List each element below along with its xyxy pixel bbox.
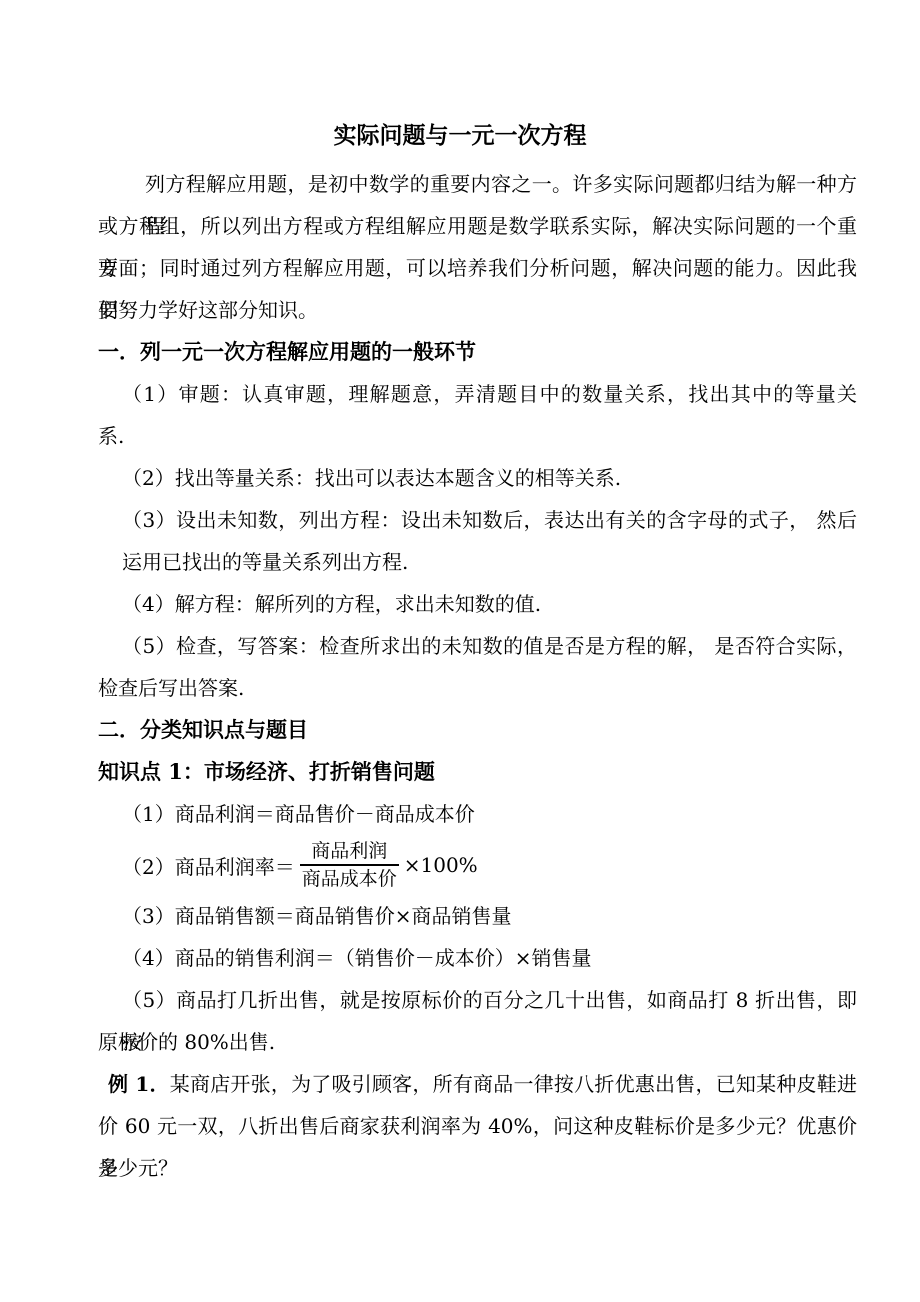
step-line: （1）审题：认真审题，理解题意，弄清题目中的数量关系，找出其中的等量关 bbox=[98, 373, 857, 415]
formula-profit-rate: （2）商品利润率＝ 商品利润 商品成本价 ×100% bbox=[98, 835, 857, 895]
example-1-line: 价 60 元一双，八折出售后商家获利润率为 40%，问这种皮鞋标价是多少元？优惠… bbox=[98, 1105, 857, 1147]
step-line: 运用已找出的等量关系列出方程. bbox=[98, 541, 857, 583]
example-1-line: 例 1．某商店开张，为了吸引顾客，所有商品一律按八折优惠出售，已知某种皮鞋进 bbox=[98, 1063, 857, 1105]
step-line: （2）找出等量关系：找出可以表达本题含义的相等关系. bbox=[98, 457, 857, 499]
discount-note-line: （5）商品打几折出售，就是按原标价的百分之几十出售，如商品打 8 折出售，即按 bbox=[98, 979, 857, 1021]
document-body: 列方程解应用题，是初中数学的重要内容之一。许多实际问题都归结为解一种方程 或方程… bbox=[0, 163, 920, 1189]
fraction-denominator: 商品成本价 bbox=[300, 866, 399, 892]
step-line: （4）解方程：解所列的方程，求出未知数的值. bbox=[98, 583, 857, 625]
section-heading-1: 一．列一元一次方程解应用题的一般环节 bbox=[98, 331, 857, 373]
fraction-numerator: 商品利润 bbox=[300, 838, 399, 866]
example-1-line: 多少元？ bbox=[98, 1147, 857, 1189]
step-line: （5）检查，写答案：检查所求出的未知数的值是否是方程的解， 是否符合实际， bbox=[98, 625, 857, 667]
example-1-label: 例 1． bbox=[108, 1072, 170, 1096]
intro-paragraph-line: 或方程组，所以列出方程或方程组解应用题是数学联系实际，解决实际问题的一个重要 bbox=[98, 205, 857, 247]
formula-sales-profit: （4）商品的销售利润＝（销售价－成本价）×销售量 bbox=[98, 937, 857, 979]
formula-profit-rate-prefix: （2）商品利润率＝ bbox=[122, 851, 295, 880]
knowledge-point-heading: 知识点 1：市场经济、打折销售问题 bbox=[98, 751, 857, 793]
step-line: 检查后写出答案. bbox=[98, 667, 857, 709]
section-heading-2: 二．分类知识点与题目 bbox=[98, 709, 857, 751]
intro-paragraph-line: 列方程解应用题，是初中数学的重要内容之一。许多实际问题都归结为解一种方程 bbox=[98, 163, 857, 205]
document-page: 实际问题与一元一次方程 列方程解应用题，是初中数学的重要内容之一。许多实际问题都… bbox=[0, 0, 920, 1302]
fraction: 商品利润 商品成本价 bbox=[300, 838, 399, 892]
step-line: 系. bbox=[98, 415, 857, 457]
formula-profit-rate-suffix: ×100% bbox=[404, 853, 478, 877]
discount-note-line: 原标价的 80%出售. bbox=[98, 1021, 857, 1063]
step-line: （3）设出未知数，列出方程：设出未知数后，表达出有关的含字母的式子， 然后 bbox=[98, 499, 857, 541]
document-title: 实际问题与一元一次方程 bbox=[0, 114, 920, 158]
formula-sales-amount: （3）商品销售额＝商品销售价×商品销售量 bbox=[98, 895, 857, 937]
intro-paragraph-line: 要努力学好这部分知识。 bbox=[98, 289, 857, 331]
intro-paragraph-line: 方面；同时通过列方程解应用题，可以培养我们分析问题，解决问题的能力。因此我们 bbox=[98, 247, 857, 289]
formula-profit: （1）商品利润＝商品售价－商品成本价 bbox=[98, 793, 857, 835]
example-1-text: 某商店开张，为了吸引顾客，所有商品一律按八折优惠出售，已知某种皮鞋进 bbox=[170, 1072, 857, 1096]
